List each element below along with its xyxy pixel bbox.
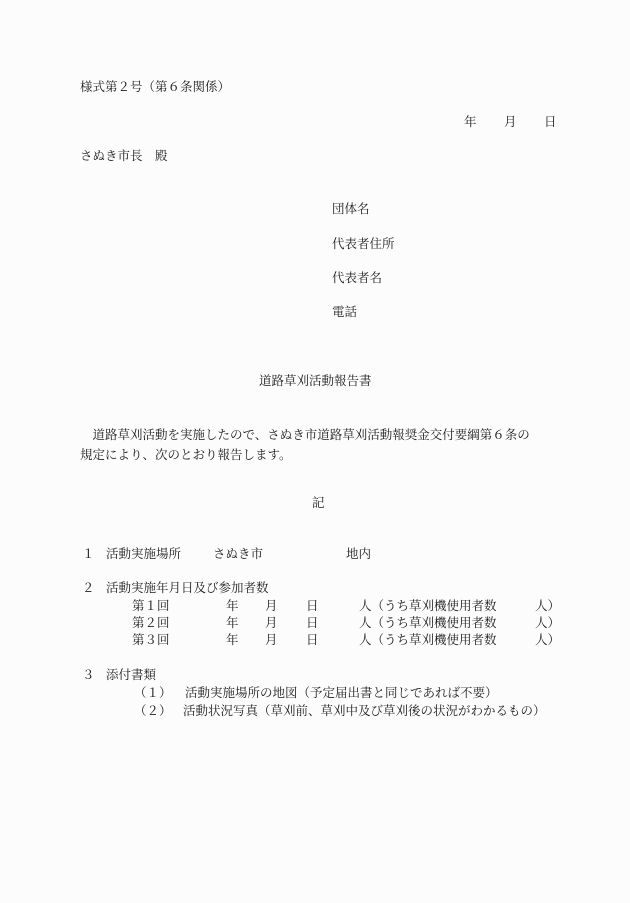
- document-title: 道路草刈活動報告書: [259, 373, 372, 389]
- section-2-label: 活動実施年月日及び参加者数: [106, 580, 269, 596]
- day-label: 日: [306, 598, 319, 614]
- date-day-label: 日: [544, 114, 557, 130]
- section-1-suffix: 地内: [346, 546, 371, 562]
- addressee: さぬき市長 殿: [80, 148, 168, 164]
- section-1-city: さぬき市: [213, 546, 263, 562]
- day-label: 日: [306, 632, 319, 648]
- attachment-text: 活動実施場所の地図（予定届出書と同じであれば不要）: [185, 685, 498, 701]
- ki-heading: 記: [312, 495, 325, 511]
- date-month-label: 月: [504, 114, 517, 130]
- section-1: １ 活動実施場所 さぬき市 地内: [0, 546, 630, 562]
- people-label: 人（うち草刈機使用者数: [359, 615, 497, 631]
- section-3-label: 添付書類: [106, 667, 156, 683]
- phone-label: 電話: [332, 304, 357, 320]
- attachment-item-2: （２） 活動状況写真（草刈前、草刈中及び草刈後の状況がわかるもの）: [0, 703, 630, 719]
- body-line-1: 道路草刈活動を実施したので、さぬき市道路草刈活動報奨金交付要綱第６条の: [80, 425, 560, 445]
- activity-row-2: 第２回 年 月 日 人（うち草刈機使用者数 人）: [0, 615, 630, 631]
- section-2-number: ２: [82, 580, 95, 596]
- body-paragraph: 道路草刈活動を実施したので、さぬき市道路草刈活動報奨金交付要綱第６条の 規定によ…: [80, 425, 560, 465]
- section-3-number: ３: [82, 667, 95, 683]
- day-label: 日: [306, 615, 319, 631]
- year-label: 年: [226, 598, 239, 614]
- activity-row-3: 第３回 年 月 日 人（うち草刈機使用者数 人）: [0, 632, 630, 648]
- people-label: 人（うち草刈機使用者数: [359, 598, 497, 614]
- round-label: 第１回: [132, 598, 170, 614]
- year-label: 年: [226, 615, 239, 631]
- people-close-label: 人）: [535, 632, 560, 648]
- people-label: 人（うち草刈機使用者数: [359, 632, 497, 648]
- representative-name-label: 代表者名: [332, 270, 382, 286]
- attachment-item-1: （１） 活動実施場所の地図（予定届出書と同じであれば不要）: [0, 685, 630, 701]
- date-line: 年 月 日: [0, 114, 630, 130]
- date-year-label: 年: [464, 114, 477, 130]
- section-1-number: １: [82, 546, 95, 562]
- month-label: 月: [265, 632, 278, 648]
- people-close-label: 人）: [535, 615, 560, 631]
- group-name-label: 団体名: [332, 201, 370, 217]
- body-line-2: 規定により、次のとおり報告します。: [80, 445, 560, 465]
- section-3-heading: ３ 添付書類: [0, 667, 630, 683]
- people-close-label: 人）: [535, 598, 560, 614]
- representative-address-label: 代表者住所: [332, 236, 395, 252]
- month-label: 月: [265, 615, 278, 631]
- round-label: 第３回: [132, 632, 170, 648]
- form-number: 様式第２号（第６条関係）: [80, 79, 230, 95]
- activity-row-1: 第１回 年 月 日 人（うち草刈機使用者数 人）: [0, 598, 630, 614]
- round-label: 第２回: [132, 615, 170, 631]
- year-label: 年: [226, 632, 239, 648]
- attachment-text: 活動状況写真（草刈前、草刈中及び草刈後の状況がわかるもの）: [183, 703, 546, 719]
- section-2-heading: ２ 活動実施年月日及び参加者数: [0, 580, 630, 596]
- attachment-number: （２）: [134, 703, 172, 719]
- month-label: 月: [265, 598, 278, 614]
- attachment-number: （１）: [134, 685, 172, 701]
- section-1-label: 活動実施場所: [106, 546, 181, 562]
